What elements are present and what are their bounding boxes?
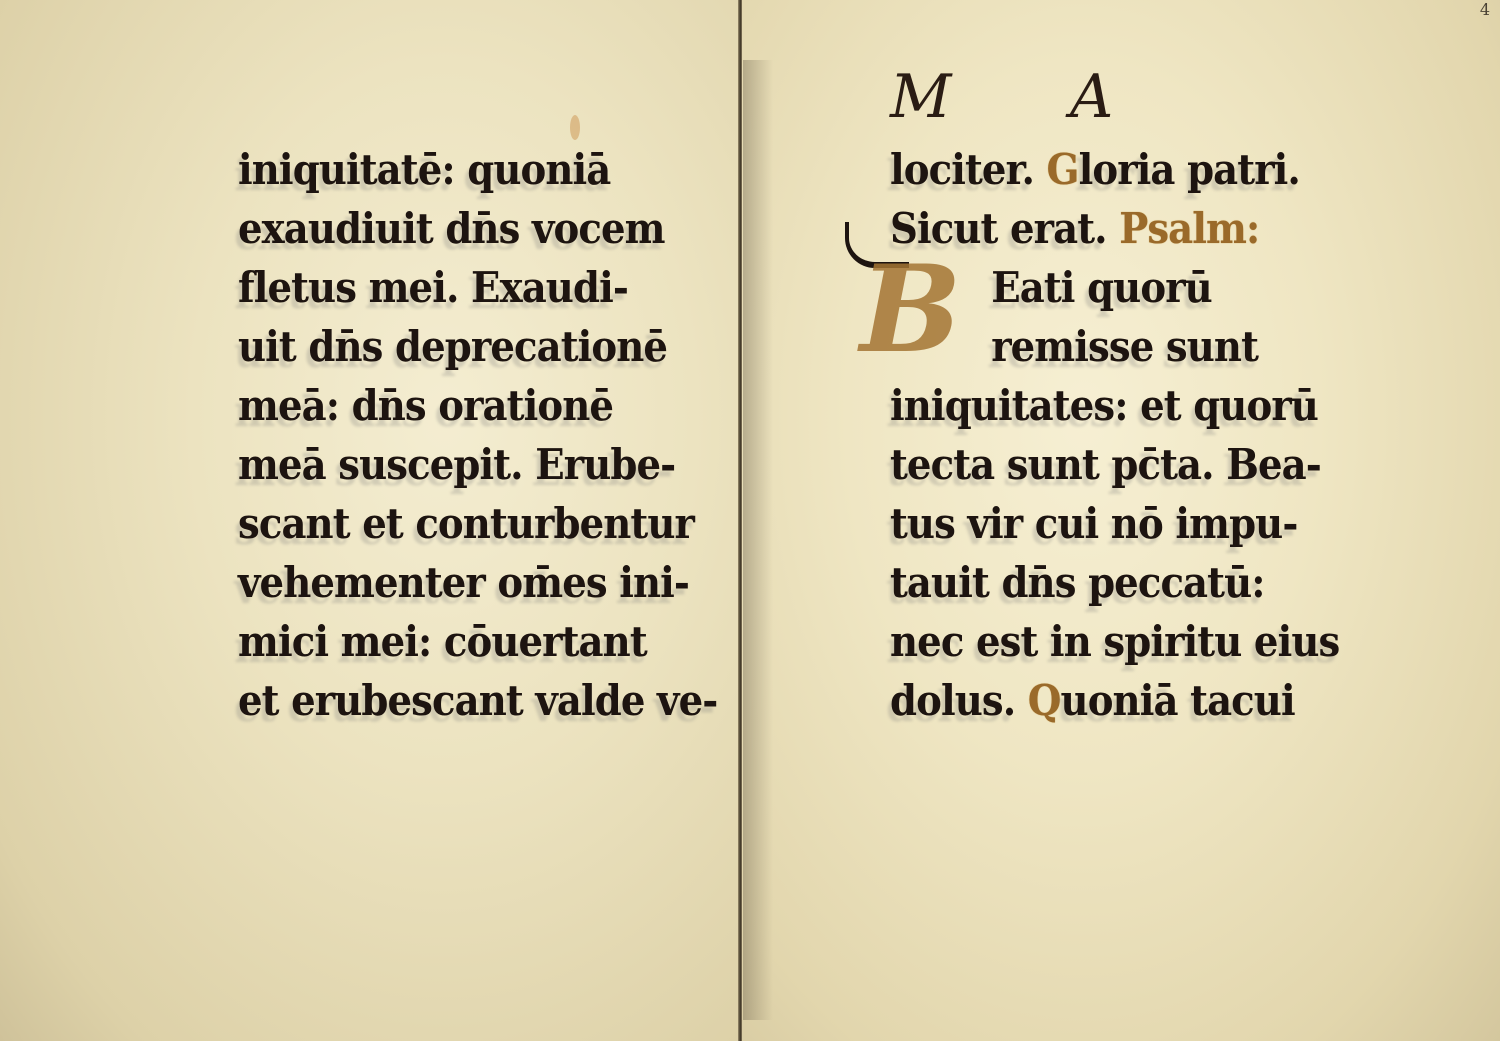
text-line: uit dn̄s deprecationē [238,317,597,376]
gold-letter: Q [1028,676,1061,725]
text-line: iniquitatē: quoniā [238,140,597,199]
text-segment: uoniā tacui [1061,676,1295,725]
text-line: iniquitates: et quorū [890,376,1258,435]
text-line: remisse sunt [890,317,1258,376]
text-segment: remisse sunt [991,322,1258,371]
text-line: nec est in spiritu eius [890,612,1258,671]
rubric-psalm: Psalm: [1119,204,1259,253]
text-line: dolus. Quoniā tacui [890,671,1258,730]
text-line: scant et conturbentur [238,494,597,553]
text-line: mici mei: cōuertant [238,612,597,671]
manuscript-spread: 4 iniquitatē: quoniā exaudiuit dn̄s voce… [0,0,1500,1041]
cadel-initial: A [1070,62,1220,142]
text-line: exaudiuit dn̄s vocem [238,199,597,258]
text-line: tecta sunt pc̄ta. Bea- [890,435,1258,494]
text-line: meā suscepit. Erube- [238,435,597,494]
text-line: Sicut erat. Psalm: [890,199,1258,258]
text-segment: Sicut erat. [890,204,1119,253]
cadel-initial: M [890,62,1000,142]
text-line-content: fletus mei. Exaudi- [238,263,628,312]
text-line: vehementer om̄es ini- [238,553,597,612]
gutter-shadow [743,60,773,1020]
text-line: fletus mei. Exaudi- [238,258,597,317]
folio-number: 4 [1480,0,1490,19]
text-line: tauit dn̄s peccatū: [890,553,1258,612]
text-line: et erubescant valde ve- [238,671,597,730]
text-line: meā: dn̄s orationē [238,376,597,435]
stain [570,115,580,140]
right-page-text: lociter. Gloria patri. Sicut erat. Psalm… [890,140,1290,730]
text-line: Eati quorū [890,258,1258,317]
text-segment: lociter. [890,145,1047,194]
text-segment: Eati quorū [991,263,1212,312]
text-segment: loria patri. [1079,145,1300,194]
gold-letter: G [1047,145,1079,194]
left-page-text: iniquitatē: quoniā exaudiuit dn̄s vocem … [238,140,628,730]
text-line: tus vir cui nō impu- [890,494,1258,553]
text-line: lociter. Gloria patri. [890,140,1258,199]
text-segment: dolus. [890,676,1028,725]
